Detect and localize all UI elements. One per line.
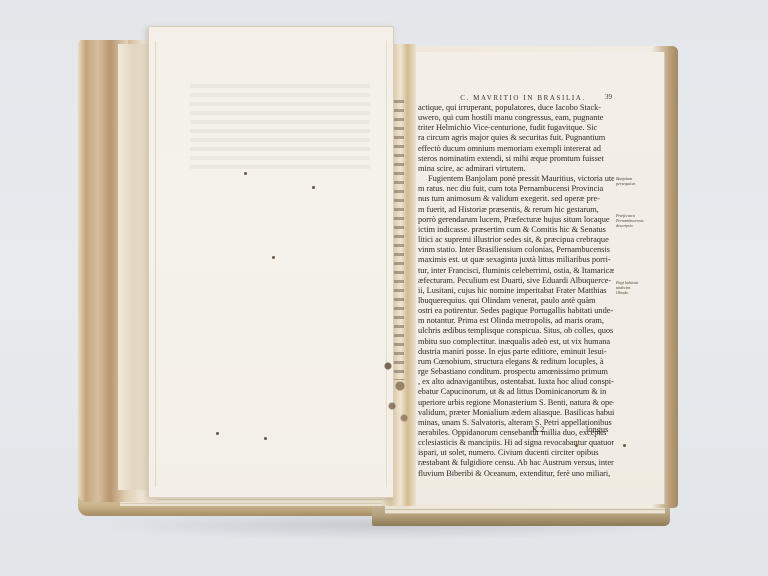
text-line: effectò ducum omnium memoriam exempli in… — [418, 144, 614, 154]
text-line: minas, unam S. Salvatoris, alteram S. Pe… — [418, 418, 614, 428]
text-line: nerabiles. Oppidanorum censebantur milli… — [418, 428, 614, 438]
foxing-spot — [272, 256, 275, 259]
text-line: tur, inter Francisci, fluminis celeberri… — [418, 266, 614, 276]
catchword: longus — [586, 425, 608, 434]
text-line: steros nominatim extendi, si mihi æque p… — [418, 154, 614, 164]
photo-scene: C. MAVRITIO IN BRASILIA. 39 actique, qui… — [0, 0, 768, 576]
margin-note: Banjolam persequitur. — [616, 176, 642, 186]
text-line: ictim indicasse. præsertim cum & Comitis… — [418, 225, 614, 235]
margin-note: Pagi habitati undecim. Olinda. — [616, 280, 642, 295]
text-line: lbuquerequius. qui Olindam venerat, paul… — [418, 296, 614, 306]
text-line: , ex alto adnavigantibus, ostentabat. Iu… — [418, 377, 614, 387]
foxing-spot — [623, 444, 626, 447]
margin-note: Præfectura Pernambucensis descriptio. — [616, 213, 642, 228]
text-line: uperiore urbis regione Monasterium S. Be… — [418, 398, 614, 408]
text-line: porrò gerendarum lucem, Præfecturæ hujus… — [418, 215, 614, 225]
text-line: cclesiasticis & mancipiis. Hi ad signa r… — [418, 438, 614, 448]
text-line: mbitu suo complectitur. inæqualis adeò e… — [418, 337, 614, 347]
text-line: ræstabant & fulgidiore censu. Ab hac Aus… — [418, 458, 614, 468]
text-line: rum Cœnobium, structura elegans & reditu… — [418, 357, 614, 367]
text-line: m ratus. nec diu fuit, cum tota Pernambu… — [418, 184, 614, 194]
text-line: actique, qui irruperant, populatores, du… — [418, 103, 614, 113]
running-head: C. MAVRITIO IN BRASILIA. — [458, 94, 588, 102]
text-line: validum, præter Monialium ædem aliasque.… — [418, 408, 614, 418]
text-line: uwero, qui cum hostili manu congressus, … — [418, 113, 614, 123]
foxing-spot — [216, 432, 219, 435]
foxing-spot — [575, 444, 578, 447]
page-number: 39 — [605, 93, 612, 101]
text-line: maximis est. ut quæ sexaginta juxtà litt… — [418, 255, 614, 265]
text-line: ispari, ut solet, numero. Civium ducenti… — [418, 448, 614, 458]
text-line: mina scire, ac admirari virtutem. — [418, 164, 614, 174]
signature-mark: K 2 — [532, 425, 544, 434]
text-line: æfecturam. Peculium est Duarti, sive Edu… — [418, 276, 614, 286]
foxing-spot — [244, 172, 247, 175]
foxing-spot — [264, 437, 267, 440]
torn-gutter-edge — [376, 350, 416, 430]
text-line: m notantur. Prima est Olinda metropolis,… — [418, 316, 614, 326]
text-line: m fuerit, ad Historiæ præsentis, & rerum… — [418, 205, 614, 215]
text-line: ebatur Capucinorum, ut & ad littus Domin… — [418, 387, 614, 397]
page-text-block: actique, qui irruperant, populatores, du… — [418, 103, 614, 479]
text-line: litici ac supremi illustrior sedes sit, … — [418, 235, 614, 245]
text-line: fluvium Biberibi & Oceanum, extenditur, … — [418, 469, 614, 479]
text-line: ulchris ædibus templisque conspicua. Sit… — [418, 326, 614, 336]
text-line: ii, Lusitani, cujus hic nomine imperitab… — [418, 286, 614, 296]
text-line: ra circum agris major quies & securitas … — [418, 133, 614, 143]
text-line: Fugientem Banjolam ponè pressit Mauritiu… — [418, 174, 614, 184]
text-line: vinm statio. Inter Brasiliensium colonia… — [418, 245, 614, 255]
text-line: nus tum animosum & validum exegerit. sed… — [418, 194, 614, 204]
text-line: rge Sebastiano conditum. prospectu amœni… — [418, 367, 614, 377]
text-line: triter Helmichio Vice-centurione, fudit … — [418, 123, 614, 133]
text-line: dustria maniri posse. In ejus parte edit… — [418, 347, 614, 357]
foxing-spot — [312, 186, 315, 189]
text-line: ostri ea potirentur. Sedes pagique Portu… — [418, 306, 614, 316]
bleed-through-text — [190, 84, 370, 174]
